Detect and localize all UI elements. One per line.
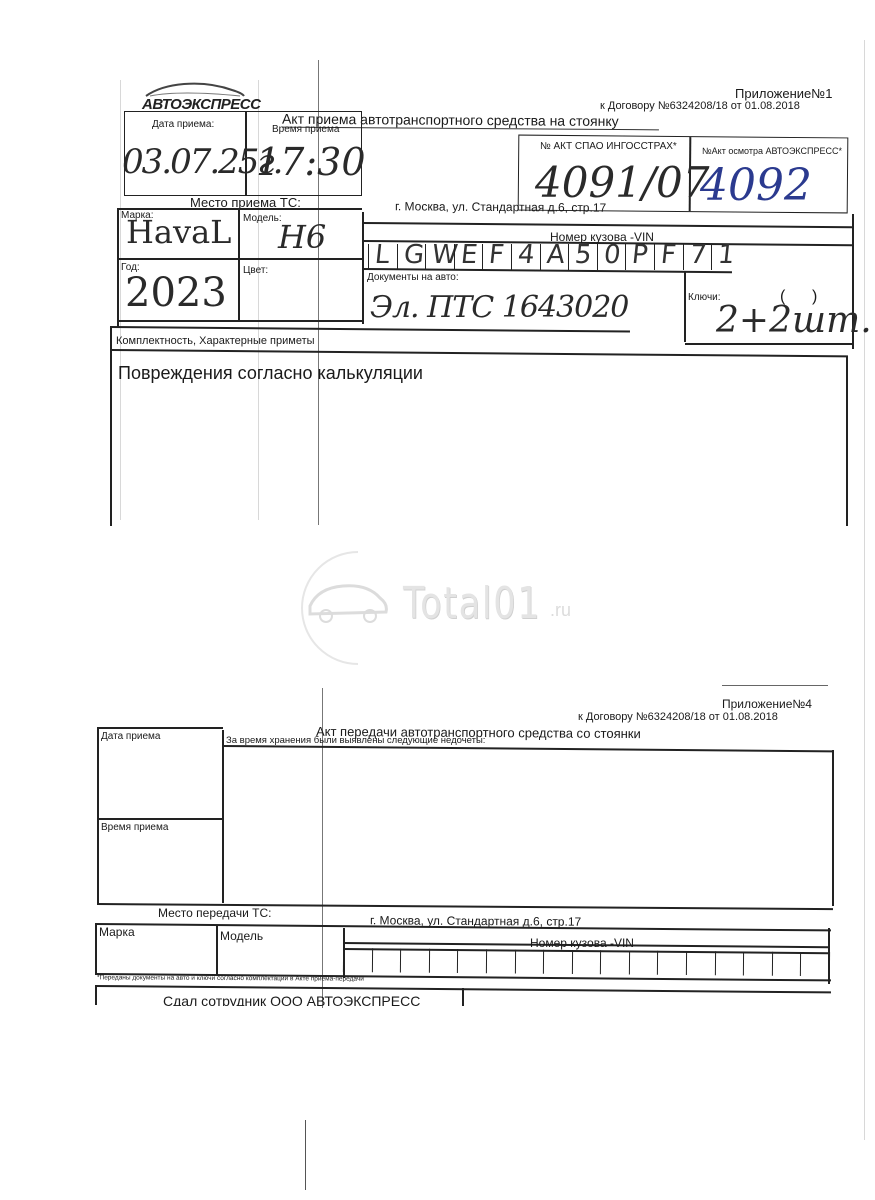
color-label: Цвет: <box>243 265 268 276</box>
vin-cell[interactable] <box>429 949 458 973</box>
vin-cell[interactable]: P <box>625 244 654 270</box>
vin-cell[interactable] <box>657 951 686 975</box>
keys-value[interactable]: 2+2шт. <box>716 300 872 341</box>
vin-grid[interactable]: LGWEF4A50PF71 <box>368 244 740 270</box>
watermark-text: Total01 <box>403 578 541 629</box>
place-label: Место передачи ТС: <box>158 906 271 920</box>
vin-character: L <box>373 240 391 270</box>
year-value[interactable]: 2023 <box>125 270 227 316</box>
vin-cell[interactable] <box>743 951 772 975</box>
brand-label: Марка <box>99 925 135 939</box>
vin-character: F <box>659 240 677 270</box>
watermark-car-icon <box>288 548 408 668</box>
keys-bracket: ( ) <box>780 288 817 306</box>
defects-field[interactable] <box>226 752 826 900</box>
scan-artifact-line <box>864 40 865 1140</box>
time-value[interactable]: 17:30 <box>256 140 366 184</box>
watermark-suffix: .ru <box>550 600 571 621</box>
documents-label: Документы на авто: <box>367 272 459 283</box>
vin-cell[interactable]: L <box>368 244 397 270</box>
contract-reference: к Договору №6324208/18 от 01.08.2018 <box>600 100 800 112</box>
model-label: Модель: <box>243 213 282 224</box>
defects-label: За время хранения были выявлены следующи… <box>226 735 485 746</box>
ingos-act-label: № АКТ СПАО ИНГОССТРАХ* <box>540 141 677 152</box>
contract-reference: к Договору №6324208/18 от 01.08.2018 <box>578 711 778 723</box>
vin-cell[interactable] <box>400 948 429 972</box>
completeness-value[interactable]: Повреждения согласно калькуляции <box>118 363 423 384</box>
vin-character: P <box>631 240 650 270</box>
appendix-number: Приложение№4 <box>722 697 812 711</box>
handed-by-label: Сдал сотрудник ООО АВТОЭКСПРЕСС <box>163 993 420 1006</box>
vin-cell[interactable] <box>486 949 515 973</box>
vin-cell[interactable] <box>371 948 400 972</box>
vin-grid-empty[interactable] <box>343 948 829 976</box>
time-label: Время приема <box>272 124 339 135</box>
vin-cell[interactable] <box>829 952 858 976</box>
time-label: Время приема <box>101 822 168 833</box>
handed-by-clip: Сдал сотрудник ООО АВТОЭКСПРЕСС <box>95 990 495 1006</box>
vin-cell[interactable] <box>543 950 572 974</box>
vin-character: 7 <box>688 240 708 270</box>
vin-label: Номер кузова -VIN <box>530 936 634 950</box>
scan-artifact-line <box>120 80 121 520</box>
vin-character: 0 <box>602 240 622 270</box>
vin-cell[interactable] <box>457 949 486 973</box>
vin-cell[interactable] <box>514 949 543 973</box>
vin-cell[interactable]: 5 <box>568 244 597 270</box>
vin-cell[interactable]: E <box>454 244 483 270</box>
place-value: г. Москва, ул. Стандартная д.6, стр.17 <box>395 199 606 214</box>
vin-character: F <box>488 240 506 270</box>
vin-cell[interactable]: 1 <box>711 244 740 270</box>
date-label: Дата приема <box>101 731 160 742</box>
vin-character: A <box>545 240 566 270</box>
vin-character: 5 <box>574 240 594 270</box>
vin-character: G <box>402 240 425 270</box>
vin-cell[interactable] <box>572 950 601 974</box>
vin-cell[interactable] <box>629 950 658 974</box>
brand-value[interactable]: HavaL <box>126 213 231 251</box>
total01-watermark: Total01 .ru <box>288 548 598 668</box>
vin-character: 1 <box>717 240 737 270</box>
vin-cell[interactable] <box>686 951 715 975</box>
avtoexpress-act-value[interactable]: 4092 <box>700 160 812 211</box>
vin-cell[interactable]: A <box>540 244 569 270</box>
appendix-number: Приложение№1 <box>735 86 832 101</box>
scan-artifact-line <box>305 1120 306 1190</box>
vin-cell[interactable]: W <box>425 244 454 270</box>
vin-character: 4 <box>516 240 536 270</box>
date-label: Дата приема: <box>152 119 214 130</box>
vin-cell[interactable] <box>343 948 372 972</box>
vin-cell[interactable]: 0 <box>597 244 626 270</box>
model-value[interactable]: H6 <box>278 218 326 256</box>
vin-cell[interactable]: G <box>397 244 426 270</box>
vin-character: E <box>459 240 479 270</box>
vin-cell[interactable]: F <box>654 244 683 270</box>
vin-cell[interactable] <box>800 952 829 976</box>
vin-cell[interactable]: 4 <box>511 244 540 270</box>
vin-cell[interactable] <box>715 951 744 975</box>
vin-cell[interactable] <box>772 952 801 976</box>
vin-cell[interactable]: F <box>482 244 511 270</box>
model-label: Модель <box>220 929 263 943</box>
footnote: *Переданы документы на авто и ключи согл… <box>97 974 364 982</box>
completeness-label: Комплектность, Характерные приметы <box>116 335 315 347</box>
vin-cell[interactable] <box>600 950 629 974</box>
avtoexpress-act-label: №Акт осмотра АВТОЭКСПРЕСС* <box>702 146 842 156</box>
documents-value[interactable]: Эл. ПТС 164302077... <box>370 290 628 325</box>
vin-cell[interactable]: 7 <box>683 244 712 270</box>
